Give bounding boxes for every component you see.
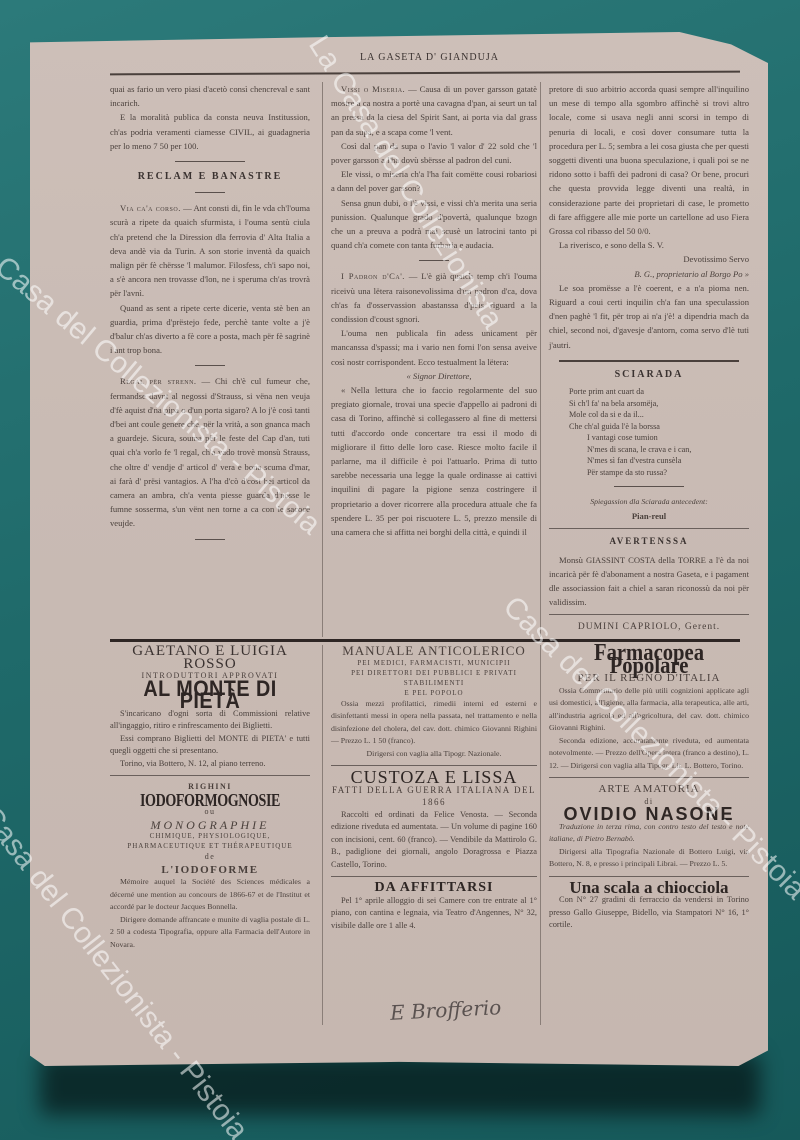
ad-text: Pel 1° aprile alloggio di sei Camere con… [331,895,537,933]
ad-connector: de [110,851,310,864]
poem-line: Si ch'l fa' na bela arsomëja, [569,398,749,410]
divider [175,161,245,162]
ad-title: Farmacopea Popolare [563,647,735,672]
ad-subtitle: PEI DIRETTORI DEI PUBBLICI E PRIVATI [331,668,537,678]
ad-kicker: ARTE AMATORIA [549,783,749,796]
ad-headline: AL MONTE DI PIETÀ [120,683,300,708]
ad-text: Con N° 27 gradini di ferraccio da vender… [549,894,749,932]
news-item: Regal për strenn. — Chi ch'è cul fumeur … [110,374,310,530]
letter-salutation: « Signor Direttore, [331,369,537,383]
ad-column-3: Farmacopea Popolare PER IL REGNO D'ITALI… [540,645,749,1025]
ad-text: Ossia mezzi profilattici, rimedii intern… [331,698,537,748]
ad-subtitle: STABILIMENTI [331,678,537,688]
column-3: pretore di suo arbitrio accorda quasi se… [540,82,749,637]
poem-line: N'mes sì fan d'vestra cunsèla [569,455,749,467]
editor-comment: Le soa promësse a l'è coerent, e a n'a p… [549,281,749,352]
letter-continuation: pretore di suo arbitrio accorda quasi se… [549,82,749,238]
intro-line: E la moralità publica da consta neuva In… [110,110,310,153]
divider [549,528,749,529]
ad-farmacopea: Farmacopea Popolare PER IL REGNO D'ITALI… [549,647,749,772]
ad-text: Seconda edizione, accuratamente riveduta… [549,735,749,773]
poem-line: Porte prim ant cuart da [569,386,749,398]
manager-name: DUMINI CAPRIOLO, Gerent. [549,620,749,634]
running-head: LA GASETA D' GIANDUJA [360,52,499,63]
letter-signoff: Devotissimo Servo [549,252,749,266]
poem-line: Che ch'al guida l'è la borssa [569,421,749,433]
news-item: Così dal pan da supa o l'avio 'l valor d… [331,139,537,167]
newspaper-page: LA GASETA D' GIANDUJA quai as fario un v… [30,32,768,1066]
header-rule [110,71,740,76]
sciarada-poem: Porte prim ant cuart daSi ch'l fa' na be… [549,386,749,478]
ad-subtitle: CHIMIQUE, PHYSIOLOGIQUE, PHARMACEUTIQUE … [110,831,310,851]
ad-title: DA AFFITTARSI [331,882,537,895]
divider [559,360,739,362]
ad-column-2: MANUALE ANTICOLERICO PEI MEDICI, FARMACI… [322,645,537,1025]
divider [195,192,225,193]
ad-text: Essi comprano Biglietti del MONTE di PIE… [110,733,310,758]
ad-text: Dirigersi con vaglia alla Tipogr. Nazion… [331,748,537,761]
ad-iodoformognosie: RIGHINI IODOFORMOGNOSIE ou MONOGRAPHIE C… [110,781,310,951]
notice-title: AVERTENSSA [549,534,749,548]
divider [110,775,310,776]
section-title: RECLAM E BANASTRE [110,170,310,184]
news-item: L'ouma nen publicala fin adess unicament… [331,326,537,369]
poem-line: Për stampe da sto russa? [569,467,749,479]
ad-custoza: CUSTOZA E LISSA FATTI DELLA GUERRA ITALI… [331,771,537,871]
ad-title: Una scala a chiocciola [549,882,749,895]
ad-scala: Una scala a chiocciola Con N° 27 gradini… [549,882,749,932]
ad-title: MANUALE ANTICOLERICO [331,645,537,658]
ad-text: Mémoire auquel la Société des Sciences m… [110,876,310,914]
ad-title: OVIDIO NASONE [549,808,749,821]
news-item: Quand as sent a ripete certe dicerie, ve… [110,301,310,358]
poem-line: N'mes di scana, le crava e i can, [569,444,749,456]
ad-text: Traduzione in terza rima, con contro tes… [549,821,749,846]
intro-line: quai as fario un vero piasi d'acetò cons… [110,82,310,110]
notice-text: Monsù GIASSINT COSTA della TORRE a l'è d… [549,553,749,610]
ad-manuale: MANUALE ANTICOLERICO PEI MEDICI, FARMACI… [331,645,537,760]
ad-subtitle: E PEL POPOLO [331,688,537,698]
sciarada-title: SCIARADA [549,368,749,382]
divider [195,365,225,366]
news-item: Vissi o Miseria. — Causa di un pover gar… [331,82,537,139]
news-item: Sensa gnun dubi, o l'è vissi, e vissi ch… [331,196,537,253]
divider [549,777,749,778]
news-item: I Padron d'Ca'. — L'è già quaich temp ch… [331,269,537,326]
ad-rosso: GAETANO E LUIGIA ROSSO INTRODUTTORI APPR… [110,645,310,770]
solution-label: Spiegassion dla Sciarada antecedent: [549,495,749,509]
article-columns: quai as fario un vero piasi d'acetò cons… [110,82,740,637]
ad-subject: L'IODOFORME [110,864,310,877]
ad-column-1: GAETANO E LUIGIA ROSSO INTRODUTTORI APPR… [110,645,310,1025]
letter-text: « Nella lettura che io faccio regolarmen… [331,383,537,539]
letter-author: B. G., proprietario al Borgo Po » [549,267,749,281]
divider [614,486,684,487]
ad-title: GAETANO E LUIGIA ROSSO [110,645,310,670]
divider [549,614,749,615]
ad-subtitle: MONOGRAPHIE [110,819,310,832]
column-2: Vissi o Miseria. — Causa di un pover gar… [322,82,537,637]
ad-title: CUSTOZA E LISSA [331,771,537,784]
divider [419,260,449,261]
ad-text: Dirigersi alla Tipografia Nazionale di B… [549,846,749,871]
ad-text: Torino, via Bottero, N. 12, al piano ter… [110,758,310,771]
advertisements: GAETANO E LUIGIA ROSSO INTRODUTTORI APPR… [110,645,740,1025]
news-item: Via ca'a corso. — Ant consti di, fin le … [110,201,310,300]
news-item: Ele vissi, o miseria ch'a l'ha fait comë… [331,167,537,195]
ad-text: Ossia Commentario delle più utili cogniz… [549,685,749,735]
divider [331,765,537,766]
column-1: quai as fario un vero piasi d'acetò cons… [110,82,310,637]
ad-subtitle: FATTI DELLA GUERRA ITALIANA DEL 1866 [331,784,537,809]
solution-value: Pian-reul [549,509,749,523]
letter-closing: La riverisco, e sono della S. V. [549,238,749,252]
ad-affittarsi: DA AFFITTARSI Pel 1° aprile alloggio di … [331,882,537,932]
divider [549,876,749,877]
ad-text: Raccolti ed ordinati da Felice Venosta. … [331,809,537,872]
ad-subtitle: PEI MEDICI, FARMACISTI, MUNICIPII [331,658,537,668]
ad-title: IODOFORMOGNOSIE [132,794,288,807]
poem-line: I vantagi cose tumion [569,432,749,444]
divider [331,876,537,877]
divider [195,539,225,540]
ad-ovidio: ARTE AMATORIA di OVIDIO NASONE Traduzion… [549,783,749,871]
poem-line: Mole col da si e da il... [569,409,749,421]
ad-text: Dirigere domande affrancate e munite di … [110,914,310,952]
